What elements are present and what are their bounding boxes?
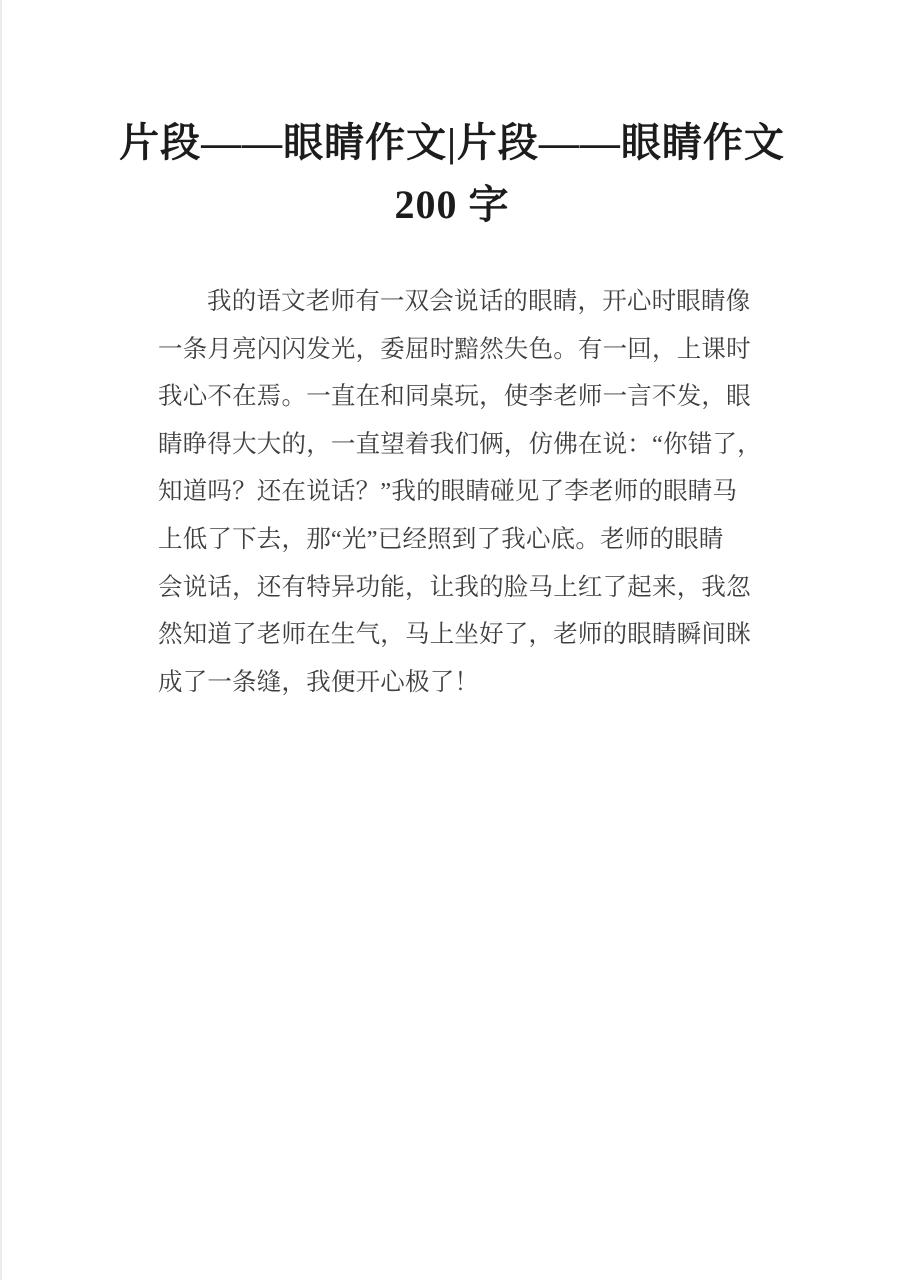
essay-line: 成了一条缝，我便开心极了！: [158, 659, 758, 707]
essay-line: 睛睁得大大的，一直望着我们俩，仿佛在说：“你错了，: [158, 421, 758, 469]
essay-line: 一条月亮闪闪发光，委屈时黯然失色。有一回，上课时: [158, 326, 758, 374]
essay-line: 我心不在焉。一直在和同桌玩，使李老师一言不发，眼: [158, 373, 758, 421]
essay-line: 我的语文老师有一双会说话的眼睛，开心时眼睛像: [158, 278, 758, 326]
essay-line: 会说话，还有特异功能，让我的脸马上红了起来，我忽: [158, 564, 758, 612]
essay-line: 然知道了老师在生气，马上坐好了，老师的眼睛瞬间眯: [158, 611, 758, 659]
essay-line: 上低了下去，那“光”已经照到了我心底。老师的眼睛: [158, 516, 758, 564]
document-page: 片段——眼睛作文|片段——眼睛作文 200 字 我的语文老师有一双会说话的眼睛，…: [0, 0, 904, 1280]
essay-title-line2: 200 字: [0, 174, 904, 236]
essay-line: 知道吗？还在说话？”我的眼睛碰见了李老师的眼睛马: [158, 468, 758, 516]
essay-title: 片段——眼睛作文|片段——眼睛作文 200 字: [0, 0, 904, 236]
essay-title-line1: 片段——眼睛作文|片段——眼睛作文: [0, 112, 904, 174]
essay-body: 我的语文老师有一双会说话的眼睛，开心时眼睛像 一条月亮闪闪发光，委屈时黯然失色。…: [158, 278, 758, 706]
